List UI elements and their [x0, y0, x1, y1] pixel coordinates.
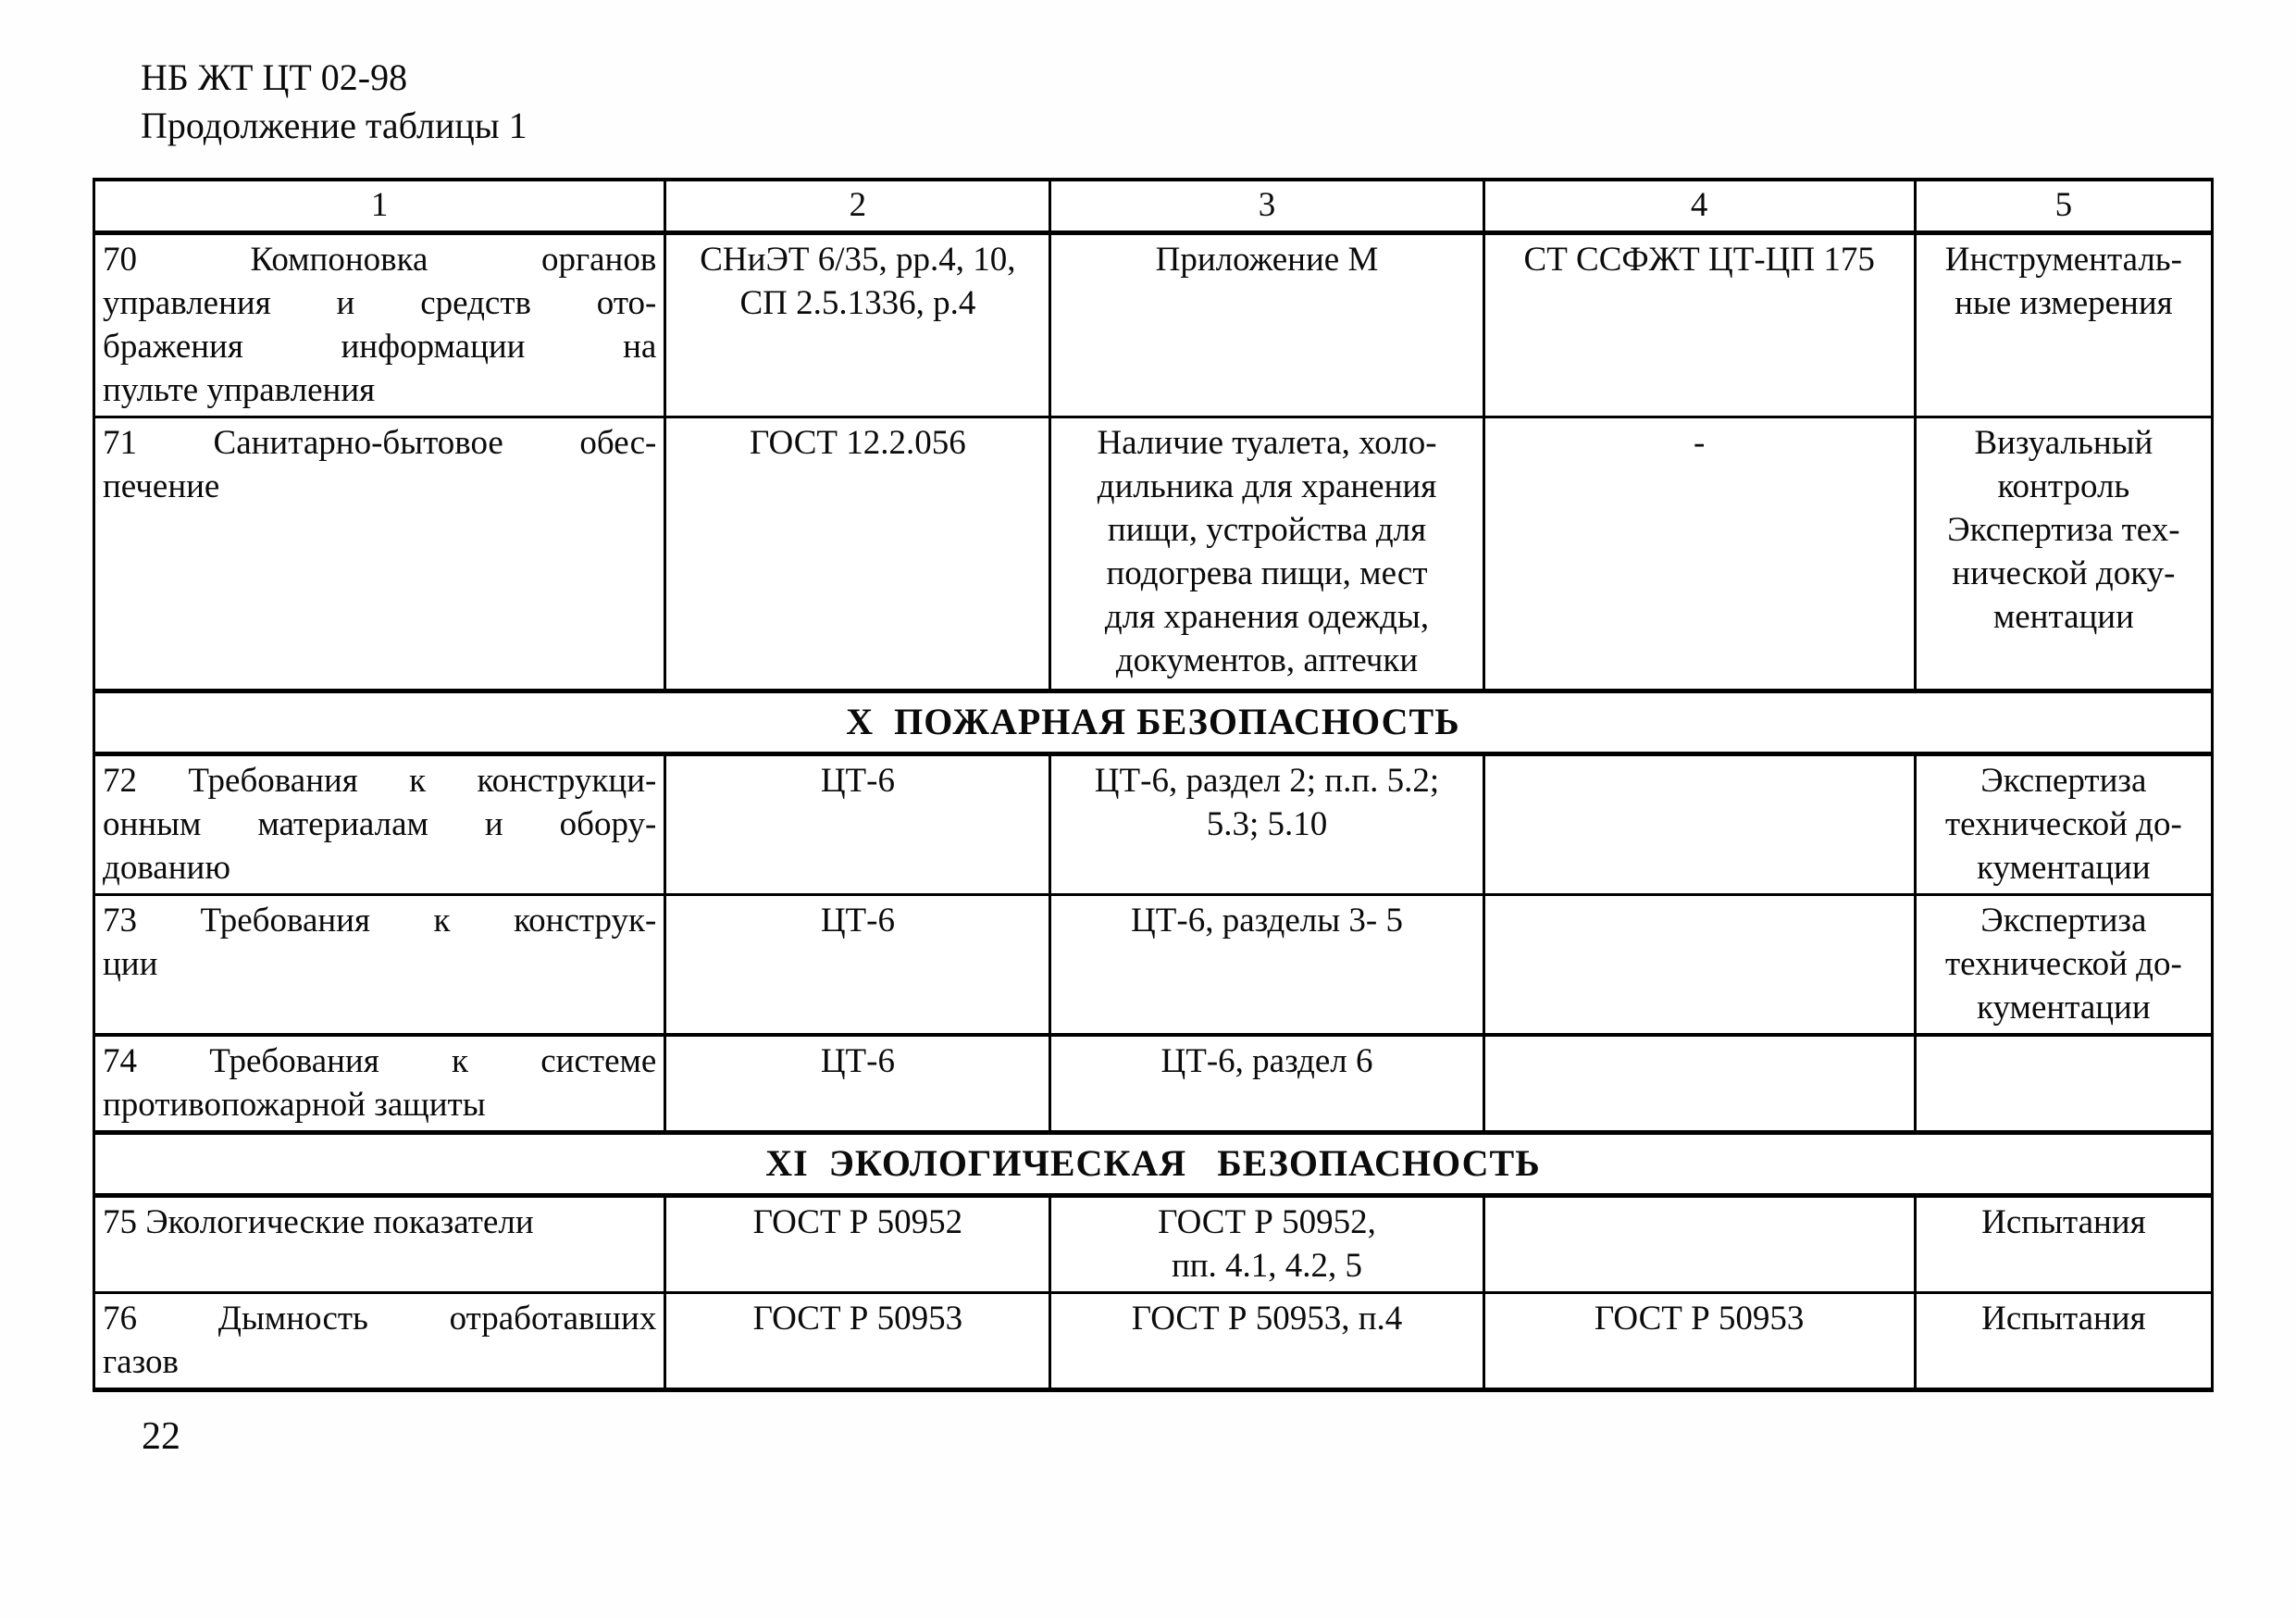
- cell-line: управления и средств ото-: [103, 281, 656, 325]
- table-row: 73 Требования к конструк-цииЦТ-6ЦТ-6, ра…: [95, 896, 2214, 1037]
- column-number-cell: 4: [1485, 181, 1917, 230]
- section-row: XI ЭКОЛОГИЧЕСКАЯ БЕЗОПАСНОСТЬ: [95, 1135, 2214, 1198]
- table-cell: 74 Требования к системепротивопожарной з…: [95, 1037, 666, 1130]
- table-cell: ГОСТ Р 50953: [1485, 1294, 1917, 1388]
- table-row: 75 Экологические показателиГОСТ Р 50952Г…: [95, 1198, 2214, 1294]
- cell-line: пищи, устройства для: [1059, 508, 1474, 552]
- cell-line: 74 Требования к системе: [103, 1039, 656, 1083]
- column-number-cell: 2: [666, 181, 1051, 230]
- cell-line: Испытания: [1924, 1201, 2203, 1244]
- table-cell: [1485, 1037, 1917, 1130]
- table-cell: СНиЭТ 6/35, рр.4, 10,СП 2.5.1336, р.4: [666, 235, 1051, 416]
- cell-line: ЦТ-6, раздел 6: [1059, 1039, 1474, 1083]
- table-row: 71 Санитарно-бытовое обес-печениеГОСТ 12…: [95, 418, 2214, 693]
- table-cell: Приложение М: [1051, 235, 1484, 416]
- table-cell: ГОСТ Р 50952,пп. 4.1, 4.2, 5: [1051, 1198, 1484, 1291]
- table-cell: Инструменталь-ные измерения: [1917, 235, 2214, 416]
- cell-line: 71 Санитарно-бытовое обес-: [103, 421, 656, 465]
- table-cell: 70 Компоновка органовуправления и средст…: [95, 235, 666, 416]
- cell-line: Визуальный: [1924, 421, 2203, 465]
- cell-line: ГОСТ Р 50953, п.4: [1059, 1297, 1474, 1340]
- cell-line: Экспертиза: [1924, 899, 2203, 942]
- table-cell: ЦТ-6, разделы 3- 5: [1051, 896, 1484, 1033]
- table-cell: [1917, 1037, 2214, 1130]
- section-title: X ПОЖАРНАЯ БЕЗОПАСНОСТЬ: [95, 693, 2214, 752]
- column-number-cell: 1: [95, 181, 666, 230]
- cell-line: СНиЭТ 6/35, рр.4, 10,: [674, 238, 1041, 281]
- cell-line: контроль: [1924, 465, 2203, 508]
- cell-line: 5.3; 5.10: [1059, 803, 1474, 846]
- table-cell: ГОСТ Р 50952: [666, 1198, 1051, 1291]
- table-cell: ГОСТ 12.2.056: [666, 418, 1051, 689]
- table-cell: Экспертизатехнической до-кументации: [1917, 896, 2214, 1033]
- table-cell: ВизуальныйконтрольЭкспертиза тех-ническо…: [1917, 418, 2214, 689]
- cell-line: СТ ССФЖТ ЦТ-ЦП 175: [1493, 238, 1906, 281]
- cell-line: Инструменталь-: [1924, 238, 2203, 281]
- cell-line: ГОСТ 12.2.056: [674, 421, 1041, 465]
- table-cell: Испытания: [1917, 1198, 2214, 1291]
- table-cell: СТ ССФЖТ ЦТ-ЦП 175: [1485, 235, 1917, 416]
- cell-line: пп. 4.1, 4.2, 5: [1059, 1244, 1474, 1288]
- table-cell: Наличие туалета, холо-дильника для хране…: [1051, 418, 1484, 689]
- table-cell: ЦТ-6: [666, 896, 1051, 1033]
- cell-line: [1493, 1039, 1906, 1083]
- cell-line: Экспертиза: [1924, 759, 2203, 803]
- table-cell: ЦТ-6, раздел 6: [1051, 1037, 1484, 1130]
- cell-line: Приложение М: [1059, 238, 1474, 281]
- table-cell: ЦТ-6: [666, 756, 1051, 893]
- cell-line: ГОСТ Р 50952,: [1059, 1201, 1474, 1244]
- cell-line: газов: [103, 1340, 656, 1384]
- table-cell: [1485, 1198, 1917, 1291]
- table-cell: Экспертизатехнической до-кументации: [1917, 756, 2214, 893]
- cell-line: печение: [103, 465, 656, 508]
- cell-line: кументации: [1924, 986, 2203, 1029]
- cell-line: технической до-: [1924, 942, 2203, 986]
- cell-line: ЦТ-6, раздел 2; п.п. 5.2;: [1059, 759, 1474, 803]
- table-continuation-label: Продолжение таблицы 1: [141, 102, 527, 150]
- section-title: XI ЭКОЛОГИЧЕСКАЯ БЕЗОПАСНОСТЬ: [95, 1135, 2214, 1193]
- cell-line: онным материалам и обору-: [103, 803, 656, 846]
- cell-line: ЦТ-6: [674, 759, 1041, 803]
- table-row: 76 Дымность отработавшихгазовГОСТ Р 5095…: [95, 1294, 2214, 1388]
- cell-line: [1493, 899, 1906, 942]
- page-number: 22: [142, 1414, 180, 1459]
- cell-line: пульте управления: [103, 368, 656, 412]
- cell-line: дованию: [103, 846, 656, 890]
- cell-line: подогрева пищи, мест: [1059, 552, 1474, 595]
- table-cell: ЦТ-6: [666, 1037, 1051, 1130]
- table-cell: ГОСТ Р 50953: [666, 1294, 1051, 1388]
- section-row: X ПОЖАРНАЯ БЕЗОПАСНОСТЬ: [95, 693, 2214, 756]
- table-cell: [1485, 756, 1917, 893]
- table-cell: 75 Экологические показатели: [95, 1198, 666, 1291]
- cell-line: 1: [103, 183, 656, 227]
- cell-line: ЦТ-6: [674, 1039, 1041, 1083]
- table-row: 72 Требования к конструкци-онным материа…: [95, 756, 2214, 896]
- table-row: 70 Компоновка органовуправления и средст…: [95, 235, 2214, 418]
- cell-line: 4: [1493, 183, 1906, 227]
- cell-line: [1924, 1039, 2203, 1083]
- table-cell: 72 Требования к конструкци-онным материа…: [95, 756, 666, 893]
- cell-line: противопожарной защиты: [103, 1083, 656, 1126]
- cell-line: Испытания: [1924, 1297, 2203, 1340]
- cell-line: Наличие туалета, холо-: [1059, 421, 1474, 465]
- table-row: 12345: [95, 181, 2214, 235]
- cell-line: [1493, 1201, 1906, 1244]
- cell-line: технической до-: [1924, 803, 2203, 846]
- requirements-table: 1234570 Компоновка органовуправления и с…: [93, 178, 2214, 1392]
- cell-line: ЦТ-6: [674, 899, 1041, 942]
- cell-line: СП 2.5.1336, р.4: [674, 281, 1041, 325]
- cell-line: 72 Требования к конструкци-: [103, 759, 656, 803]
- cell-line: Экспертиза тех-: [1924, 508, 2203, 552]
- column-number-cell: 5: [1917, 181, 2214, 230]
- cell-line: 76 Дымность отработавших: [103, 1297, 656, 1340]
- cell-line: ции: [103, 942, 656, 986]
- table-row: 74 Требования к системепротивопожарной з…: [95, 1037, 2214, 1135]
- cell-line: для хранения одежды,: [1059, 595, 1474, 639]
- cell-line: ментации: [1924, 595, 2203, 639]
- document-header: НБ ЖТ ЦТ 02-98 Продолжение таблицы 1: [141, 54, 527, 150]
- table-cell: Испытания: [1917, 1294, 2214, 1388]
- cell-line: кументации: [1924, 846, 2203, 890]
- cell-line: ГОСТ Р 50952: [674, 1201, 1041, 1244]
- table-cell: 76 Дымность отработавшихгазов: [95, 1294, 666, 1388]
- table-cell: [1485, 896, 1917, 1033]
- cell-line: ГОСТ Р 50953: [1493, 1297, 1906, 1340]
- cell-line: 75 Экологические показатели: [103, 1201, 656, 1244]
- cell-line: 73 Требования к конструк-: [103, 899, 656, 942]
- table-cell: ГОСТ Р 50953, п.4: [1051, 1294, 1484, 1388]
- table-cell: ЦТ-6, раздел 2; п.п. 5.2;5.3; 5.10: [1051, 756, 1484, 893]
- table-cell: 71 Санитарно-бытовое обес-печение: [95, 418, 666, 689]
- cell-line: 3: [1059, 183, 1474, 227]
- column-number-cell: 3: [1051, 181, 1484, 230]
- cell-line: 2: [674, 183, 1041, 227]
- cell-line: документов, аптечки: [1059, 639, 1474, 682]
- cell-line: дильника для хранения: [1059, 465, 1474, 508]
- cell-line: 70 Компоновка органов: [103, 238, 656, 281]
- cell-line: нической доку-: [1924, 552, 2203, 595]
- document-code: НБ ЖТ ЦТ 02-98: [141, 54, 527, 102]
- cell-line: [1493, 759, 1906, 803]
- cell-line: ЦТ-6, разделы 3- 5: [1059, 899, 1474, 942]
- cell-line: -: [1493, 421, 1906, 465]
- cell-line: ГОСТ Р 50953: [674, 1297, 1041, 1340]
- scanned-document-page: НБ ЖТ ЦТ 02-98 Продолжение таблицы 1 123…: [0, 0, 2296, 1618]
- table-cell: 73 Требования к конструк-ции: [95, 896, 666, 1033]
- table-cell: -: [1485, 418, 1917, 689]
- cell-line: 5: [1924, 183, 2203, 227]
- cell-line: ные измерения: [1924, 281, 2203, 325]
- cell-line: бражения информации на: [103, 325, 656, 368]
